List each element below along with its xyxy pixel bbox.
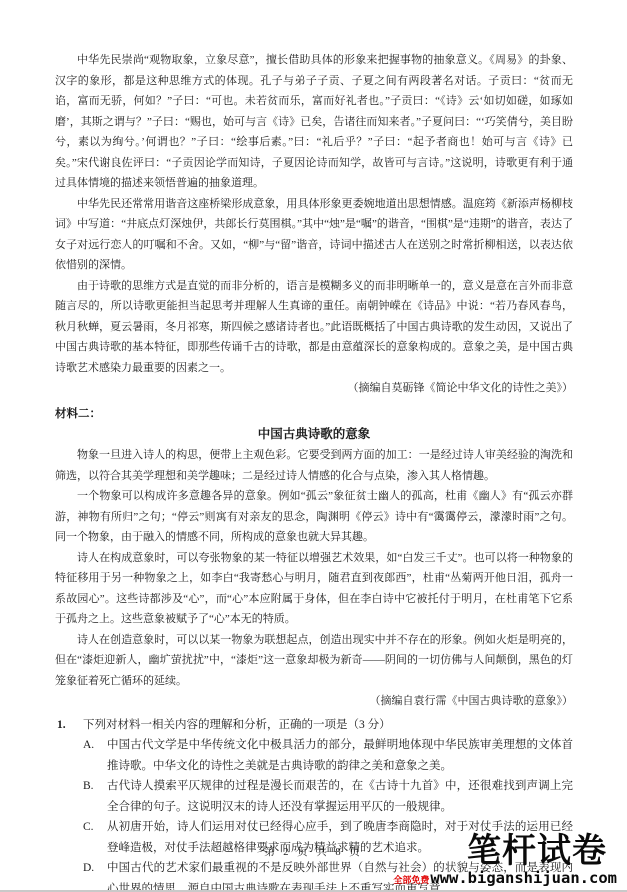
- watermark: 笔杆试卷 全部免费 www.biganshijuan.com: [381, 834, 617, 887]
- material1-paragraph-1: 中华先民崇尚“观物取象，立象尽意”，擅长借助具体的形象来把握事物的抽象意义。《周…: [55, 50, 573, 194]
- watermark-free-tag: 全部免费: [393, 873, 429, 886]
- material2-label: 材料二：: [55, 404, 573, 425]
- material2-title: 中国古典诗歌的意象: [55, 424, 573, 445]
- watermark-brand: 笔杆试卷: [381, 834, 617, 869]
- question-1-stem: 下列对材料一相关内容的理解和分析，正确的一项是（3 分）: [83, 715, 573, 736]
- material1-paragraph-3: 由于诗歌的思维方式是直觉的而非分析的，语言是模糊多义的而非明晰单一的，意义是意在…: [55, 276, 573, 379]
- option-d-label: D.: [83, 858, 107, 892]
- material2-paragraph-4: 诗人在创造意象时，可以以某一物象为联想起点，创造出现实中并不存在的形象。例如火炬…: [55, 630, 573, 692]
- question-1-option-b: B. 古代诗人摸索平仄规律的过程是漫长而艰苦的，在《古诗十九首》中，还很难找到声…: [55, 776, 573, 817]
- material2-citation: （摘编自袁行霈《中国古典诗歌的意象》）: [55, 691, 573, 712]
- document-page: 中华先民崇尚“观物取象，立象尽意”，擅长借助具体的形象来把握事物的抽象意义。《周…: [0, 0, 627, 892]
- question-1-option-a: A. 中国古代文学是中华传统文化中极具活力的部分，最鲜明地体现中华民族审美理想的…: [55, 735, 573, 776]
- page-content: 中华先民崇尚“观物取象，立象尽意”，擅长借助具体的形象来把握事物的抽象意义。《周…: [55, 50, 573, 892]
- material2-paragraph-3: 诗人在构成意象时，可以夸张物象的某一特征以增强艺术效果，如“白发三千丈”。也可以…: [55, 548, 573, 630]
- question-1-number: 1.: [55, 715, 83, 736]
- watermark-url: www.biganshijuan.com: [430, 869, 617, 887]
- option-a-label: A.: [83, 735, 107, 776]
- material2-paragraph-2: 一个物象可以构成许多意趣各异的意象。例如“孤云”象征贫士幽人的孤高，杜甫《幽人》…: [55, 486, 573, 548]
- option-b-label: B.: [83, 776, 107, 817]
- material2-paragraph-1: 物象一旦进入诗人的构思，便带上主观色彩。它要受到两方面的加工：一是经过诗人审美经…: [55, 445, 573, 486]
- material1-paragraph-2: 中华先民还常常用谐音这座桥梁形成意象，用具体形象更委婉地道出思想情感。温庭筠《新…: [55, 194, 573, 276]
- option-a-text: 中国古代文学是中华传统文化中极具活力的部分，最鲜明地体现中华民族审美理想的文体首…: [107, 735, 573, 776]
- watermark-url-row: 全部免费 www.biganshijuan.com: [381, 869, 617, 887]
- question-1-stem-row: 1. 下列对材料一相关内容的理解和分析，正确的一项是（3 分）: [55, 715, 573, 736]
- material1-citation: （摘编自莫砺锋《简论中华文化的诗性之美》）: [55, 378, 573, 399]
- option-b-text: 古代诗人摸索平仄规律的过程是漫长而艰苦的，在《古诗十九首》中，还很难找到声调上完…: [107, 776, 573, 817]
